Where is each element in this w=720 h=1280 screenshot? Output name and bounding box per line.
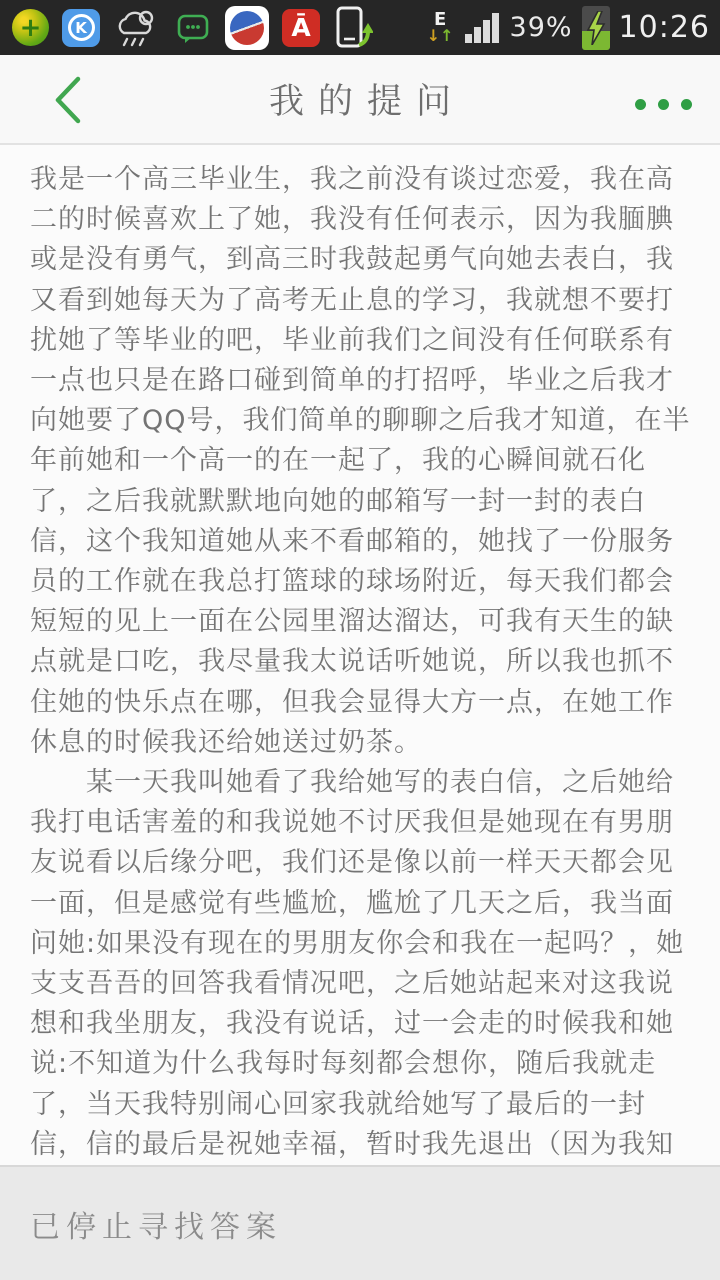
text-line: 了，之后我就默默地向她的邮箱写一封一封的表白 [30,482,702,522]
text-line: 说:不知道为什么我每时每刻都会想你，随后我就走 [30,1044,702,1084]
text-line: 某一天我叫她看了我给她写的表白信，之后她给 [30,763,702,803]
page-title: 我的提问 [255,74,465,124]
k-app-icon: K [62,9,100,47]
text-line: 信，这个我知道她从来不看邮箱的，她找了一份服务 [30,522,702,562]
weather-icon [113,7,161,49]
back-button[interactable] [52,75,84,125]
text-line: 年前她和一个高一的在一起了，我的心瞬间就石化 [30,441,702,481]
chat-icon [174,9,212,47]
network-type-indicator: E ↓ ↑ [427,11,454,44]
app-screen: + K Ā [0,0,720,1280]
text-line: 一面，但是感觉有些尴尬，尴尬了几天之后，我当面 [30,884,702,924]
text-line: 点就是口吃，我尽量我太说话听她说，所以我也抓不 [30,642,702,682]
dot-icon [635,99,646,110]
text-line: 友说看以后缘分吧，我们还是像以前一样天天都会见 [30,843,702,883]
text-line: 信，信的最后是祝她幸福，暂时我先退出（因为我知 [30,1125,702,1165]
text-line: 员的工作就在我总打篮球的球场附近，每天我们都会 [30,562,702,602]
security-app-icon: + [12,9,49,46]
text-line: 住她的快乐点在哪，但我会显得大方一点，在她工作 [30,683,702,723]
battery-percent-label: 39% [510,12,573,43]
notification-icons: + K Ā [12,5,427,51]
text-line: 想和我坐朋友，我没有说话，过一会走的时候我和她 [30,1004,702,1044]
dot-icon [658,99,669,110]
text-line: 我打电话害羞的和我说她不讨厌我但是她现在有男朋 [30,803,702,843]
text-line: 向她要了QQ号，我们简单的聊聊之后我才知道，在半 [30,401,702,441]
battery-icon [582,6,610,50]
sports-globe-icon [225,6,269,50]
upload-arrow-icon: ↑ [440,28,453,44]
text-line: 休息的时候我还给她送过奶茶。 [30,723,702,763]
text-line: 一点也只是在路口碰到简单的打招呼，毕业之后我才 [30,361,702,401]
text-line: 问她:如果没有现在的男朋友你会和我在一起吗？，她 [30,924,702,964]
signal-strength-icon [465,13,501,43]
status-bar[interactable]: + K Ā [0,0,720,55]
header: 我的提问 [0,55,720,145]
text-line: 或是没有勇气，到高三时我鼓起勇气向她去表白，我 [30,240,702,280]
download-arrow-icon: ↓ [427,28,440,44]
text-line: 我是一个高三毕业生，我之前没有谈过恋爱，我在高 [30,160,702,200]
text-line: 短短的见上一面在公园里溜达溜达，可我有天生的缺 [30,602,702,642]
text-line: 二的时候喜欢上了她，我没有任何表示，因为我腼腆 [30,200,702,240]
more-menu-button[interactable] [629,93,698,116]
question-text[interactable]: 我是一个高三毕业生，我之前没有谈过恋爱，我在高二的时候喜欢上了她，我没有任何表示… [0,145,720,1165]
text-line: 了，当天我特别闹心回家我就给她写了最后的一封 [30,1085,702,1125]
text-line: 又看到她每天为了高考无止息的学习，我就想不要打 [30,281,702,321]
clock-label: 10:26 [619,10,710,45]
dot-icon [681,99,692,110]
text-line: 支支吾吾的回答我看情况吧，之后她站起来对这我说 [30,964,702,1004]
letter-a-app-icon: Ā [282,9,320,47]
phone-data-sync-icon [333,5,373,51]
text-line: 扰她了等毕业的吧，毕业前我们之间没有任何联系有 [30,321,702,361]
status-text: 已停止寻找答案 [30,1202,282,1246]
footer-status-bar: 已停止寻找答案 [0,1165,720,1280]
